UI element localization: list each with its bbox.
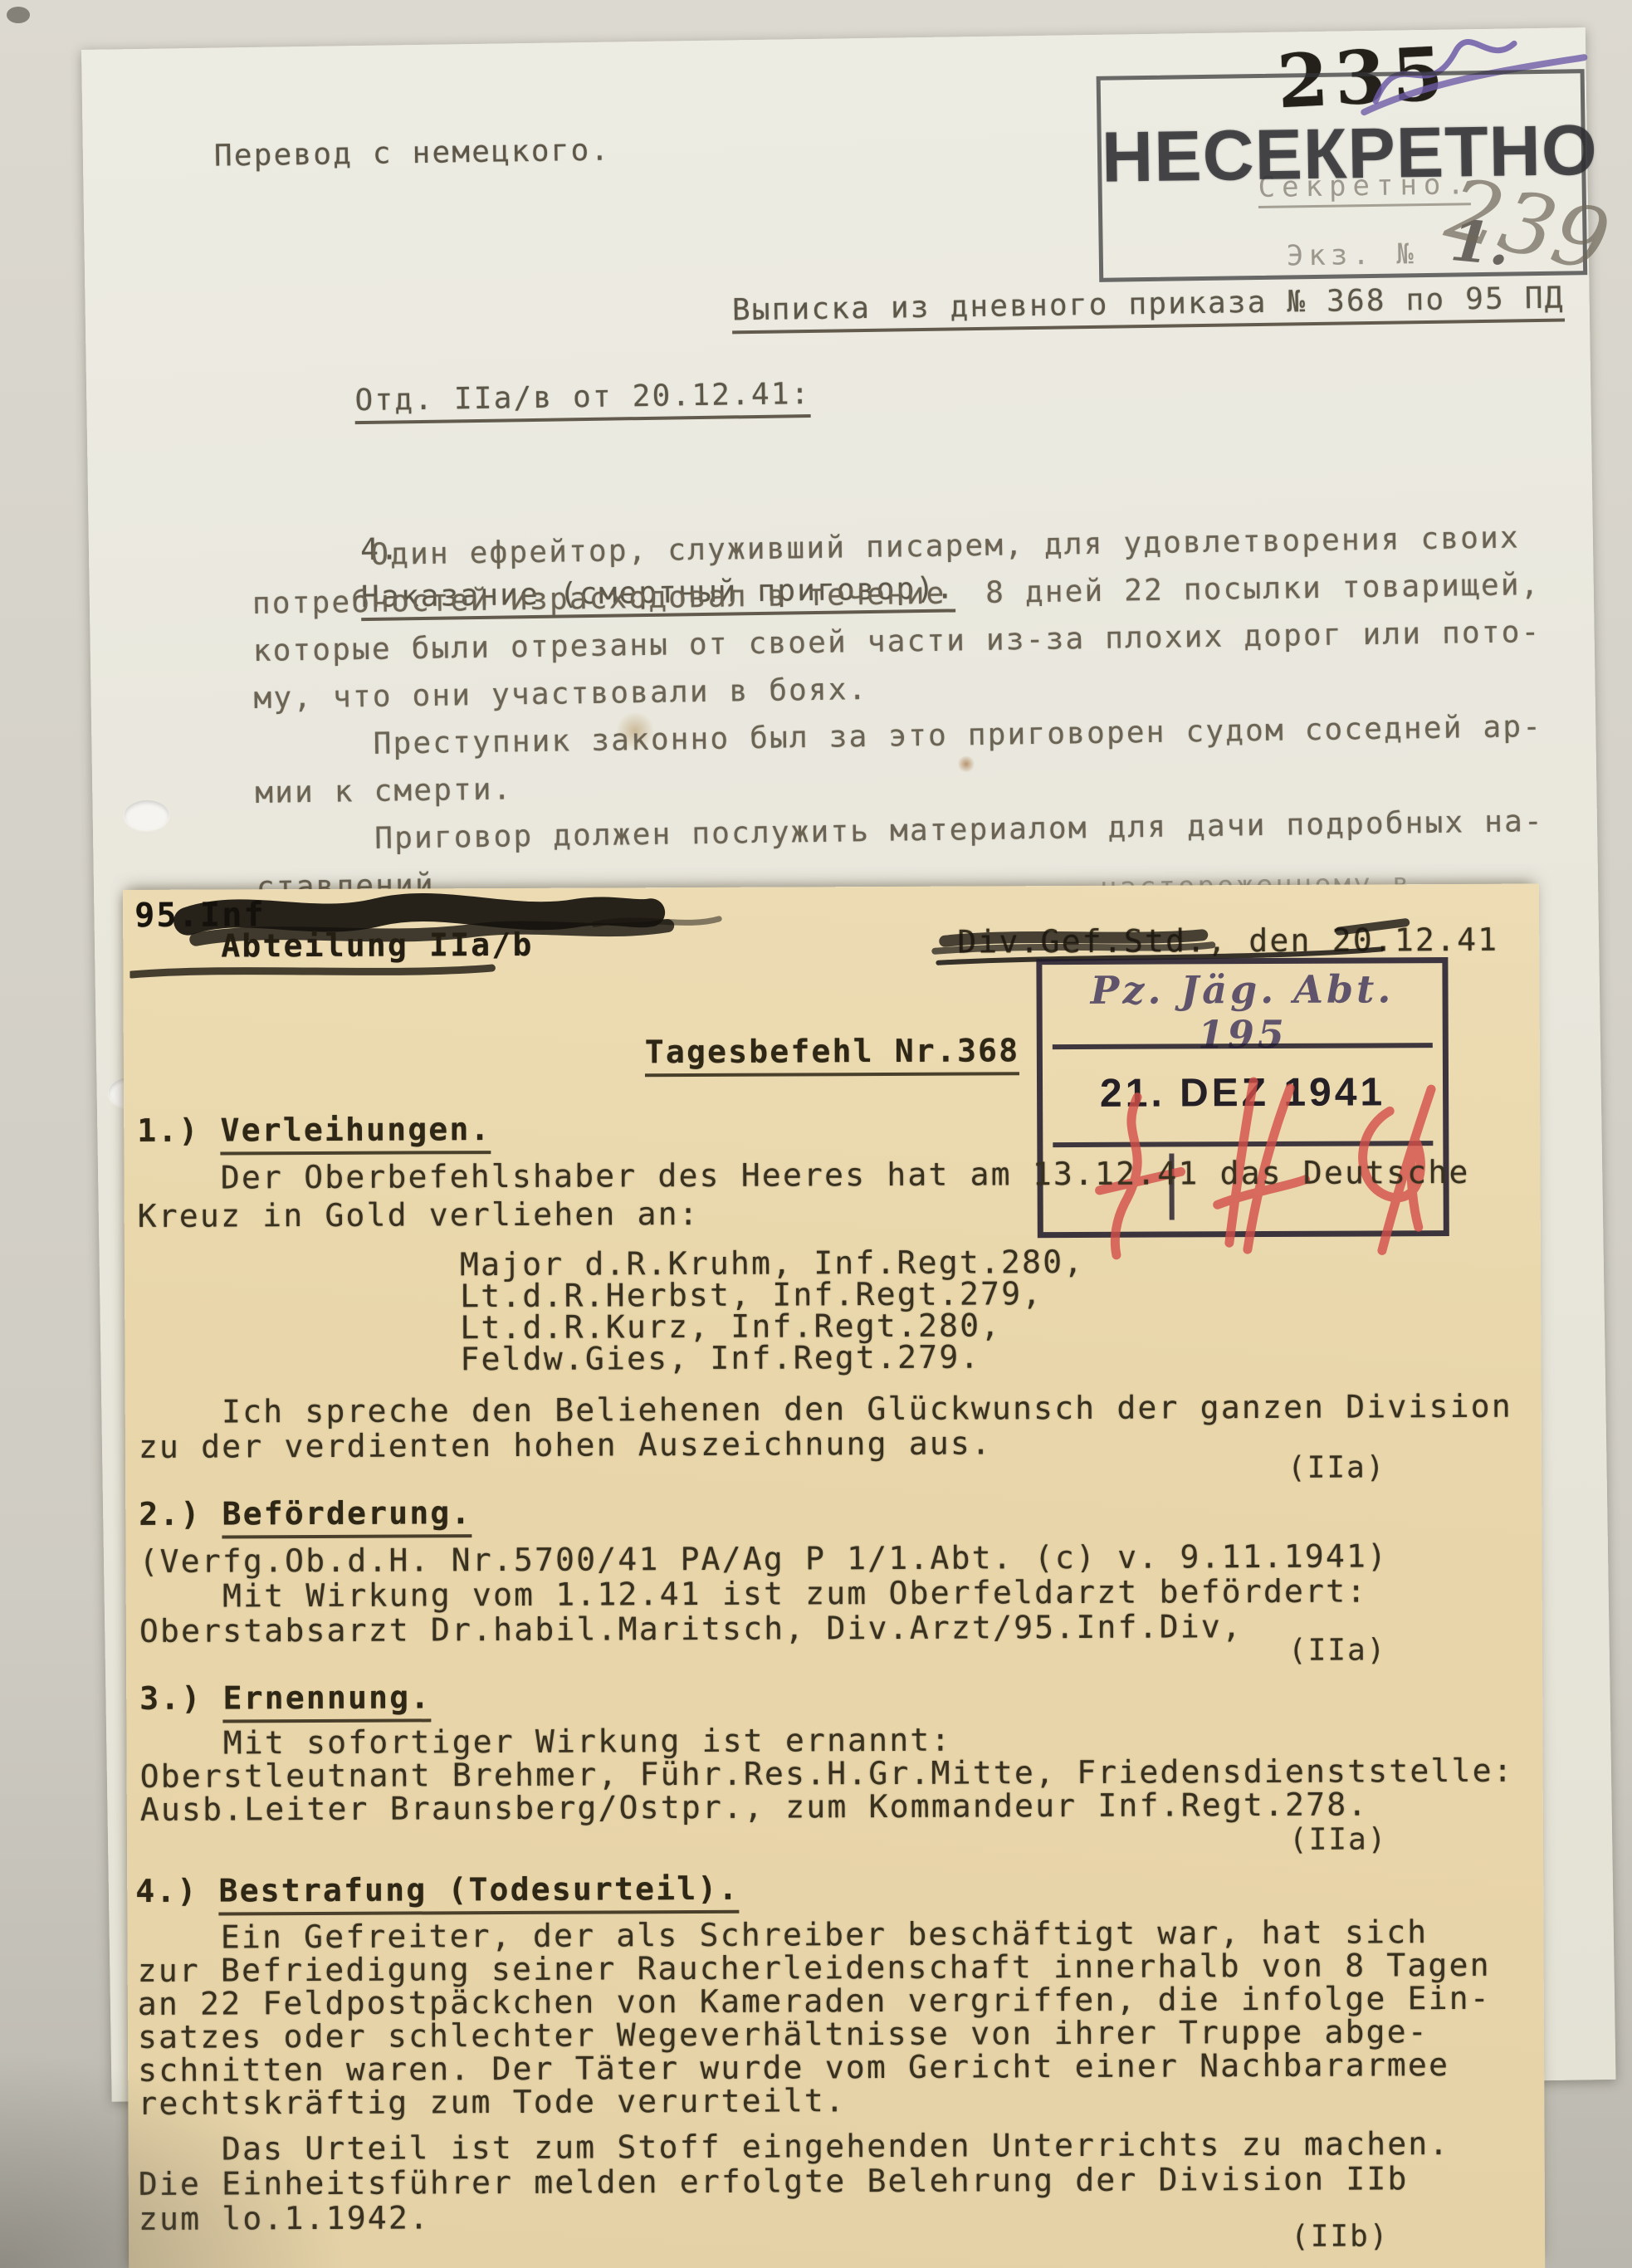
section-4-paragraph: Ein Gefreiter, der als Schreiber beschäf… [137,1915,1491,2120]
section-1-heading: 1.) Verleihungen. [137,1111,491,1149]
section-3-signature: (IIa) [1289,1822,1388,1857]
section-3-paragraph: Mit sofortiger Wirkung ist ernannt: Ober… [139,1721,1514,1826]
section-3-heading: 3.) Ernennung. [139,1679,431,1717]
section-1-paragraph: Der Oberbefehlshaber des Heeres hat am 1… [137,1153,1469,1235]
translation-header: Перевод с немецкого. [213,127,610,180]
section-number: 3.) [139,1680,202,1717]
section-2-signature: (IIa) [1288,1633,1387,1668]
award-recipient-list: Major d.R.Kruhm, Inf.Regt.280, Lt.d.R.He… [460,1246,1085,1375]
scanned-document: 235 Секретно. НЕСЕКРЕТНО Экз. № 1. 239 П… [0,0,1632,2268]
section-title: Bestrafung (Todesurteil). [218,1870,739,1916]
german-original-page: 95.Inf Abteilung IIa/b Div.Gef.Std., den… [123,884,1545,2268]
section-4-paragraph: Das Urteil ist zum Stoff eingehenden Unt… [139,2126,1450,2236]
section-number: 4.) [135,1873,198,1909]
punch-hole [124,800,169,831]
scanner-debris [7,7,30,23]
section-1-signature: (IIa) [1288,1450,1386,1485]
section-2-paragraph: (Verfg.Ob.d.H. Nr.5700/41 PA/Ag P 1/1.Ab… [139,1538,1388,1649]
section-number: 2.) [139,1496,201,1532]
order-title: Tagesbefehl Nr.368 [645,1032,1020,1070]
department-date-line: Отд. IIа/в от 20.12.41: [235,323,812,473]
section-4-body: Один ефрейтор, служивший писарем, для уд… [252,513,1602,912]
section-title: Beförderung. [222,1494,472,1538]
section-2-heading: 2.) Beförderung. [139,1494,472,1532]
section-title: Ernennung. [222,1679,431,1723]
section-4-heading: 4.) Bestrafung (Todesurteil). [135,1870,739,1909]
department-line: Abteilung IIa/b [221,926,533,965]
section-4-signature: (IIb) [1291,2219,1390,2254]
section-number: 1.) [137,1112,199,1149]
section-title: Verleihungen. [220,1111,491,1155]
